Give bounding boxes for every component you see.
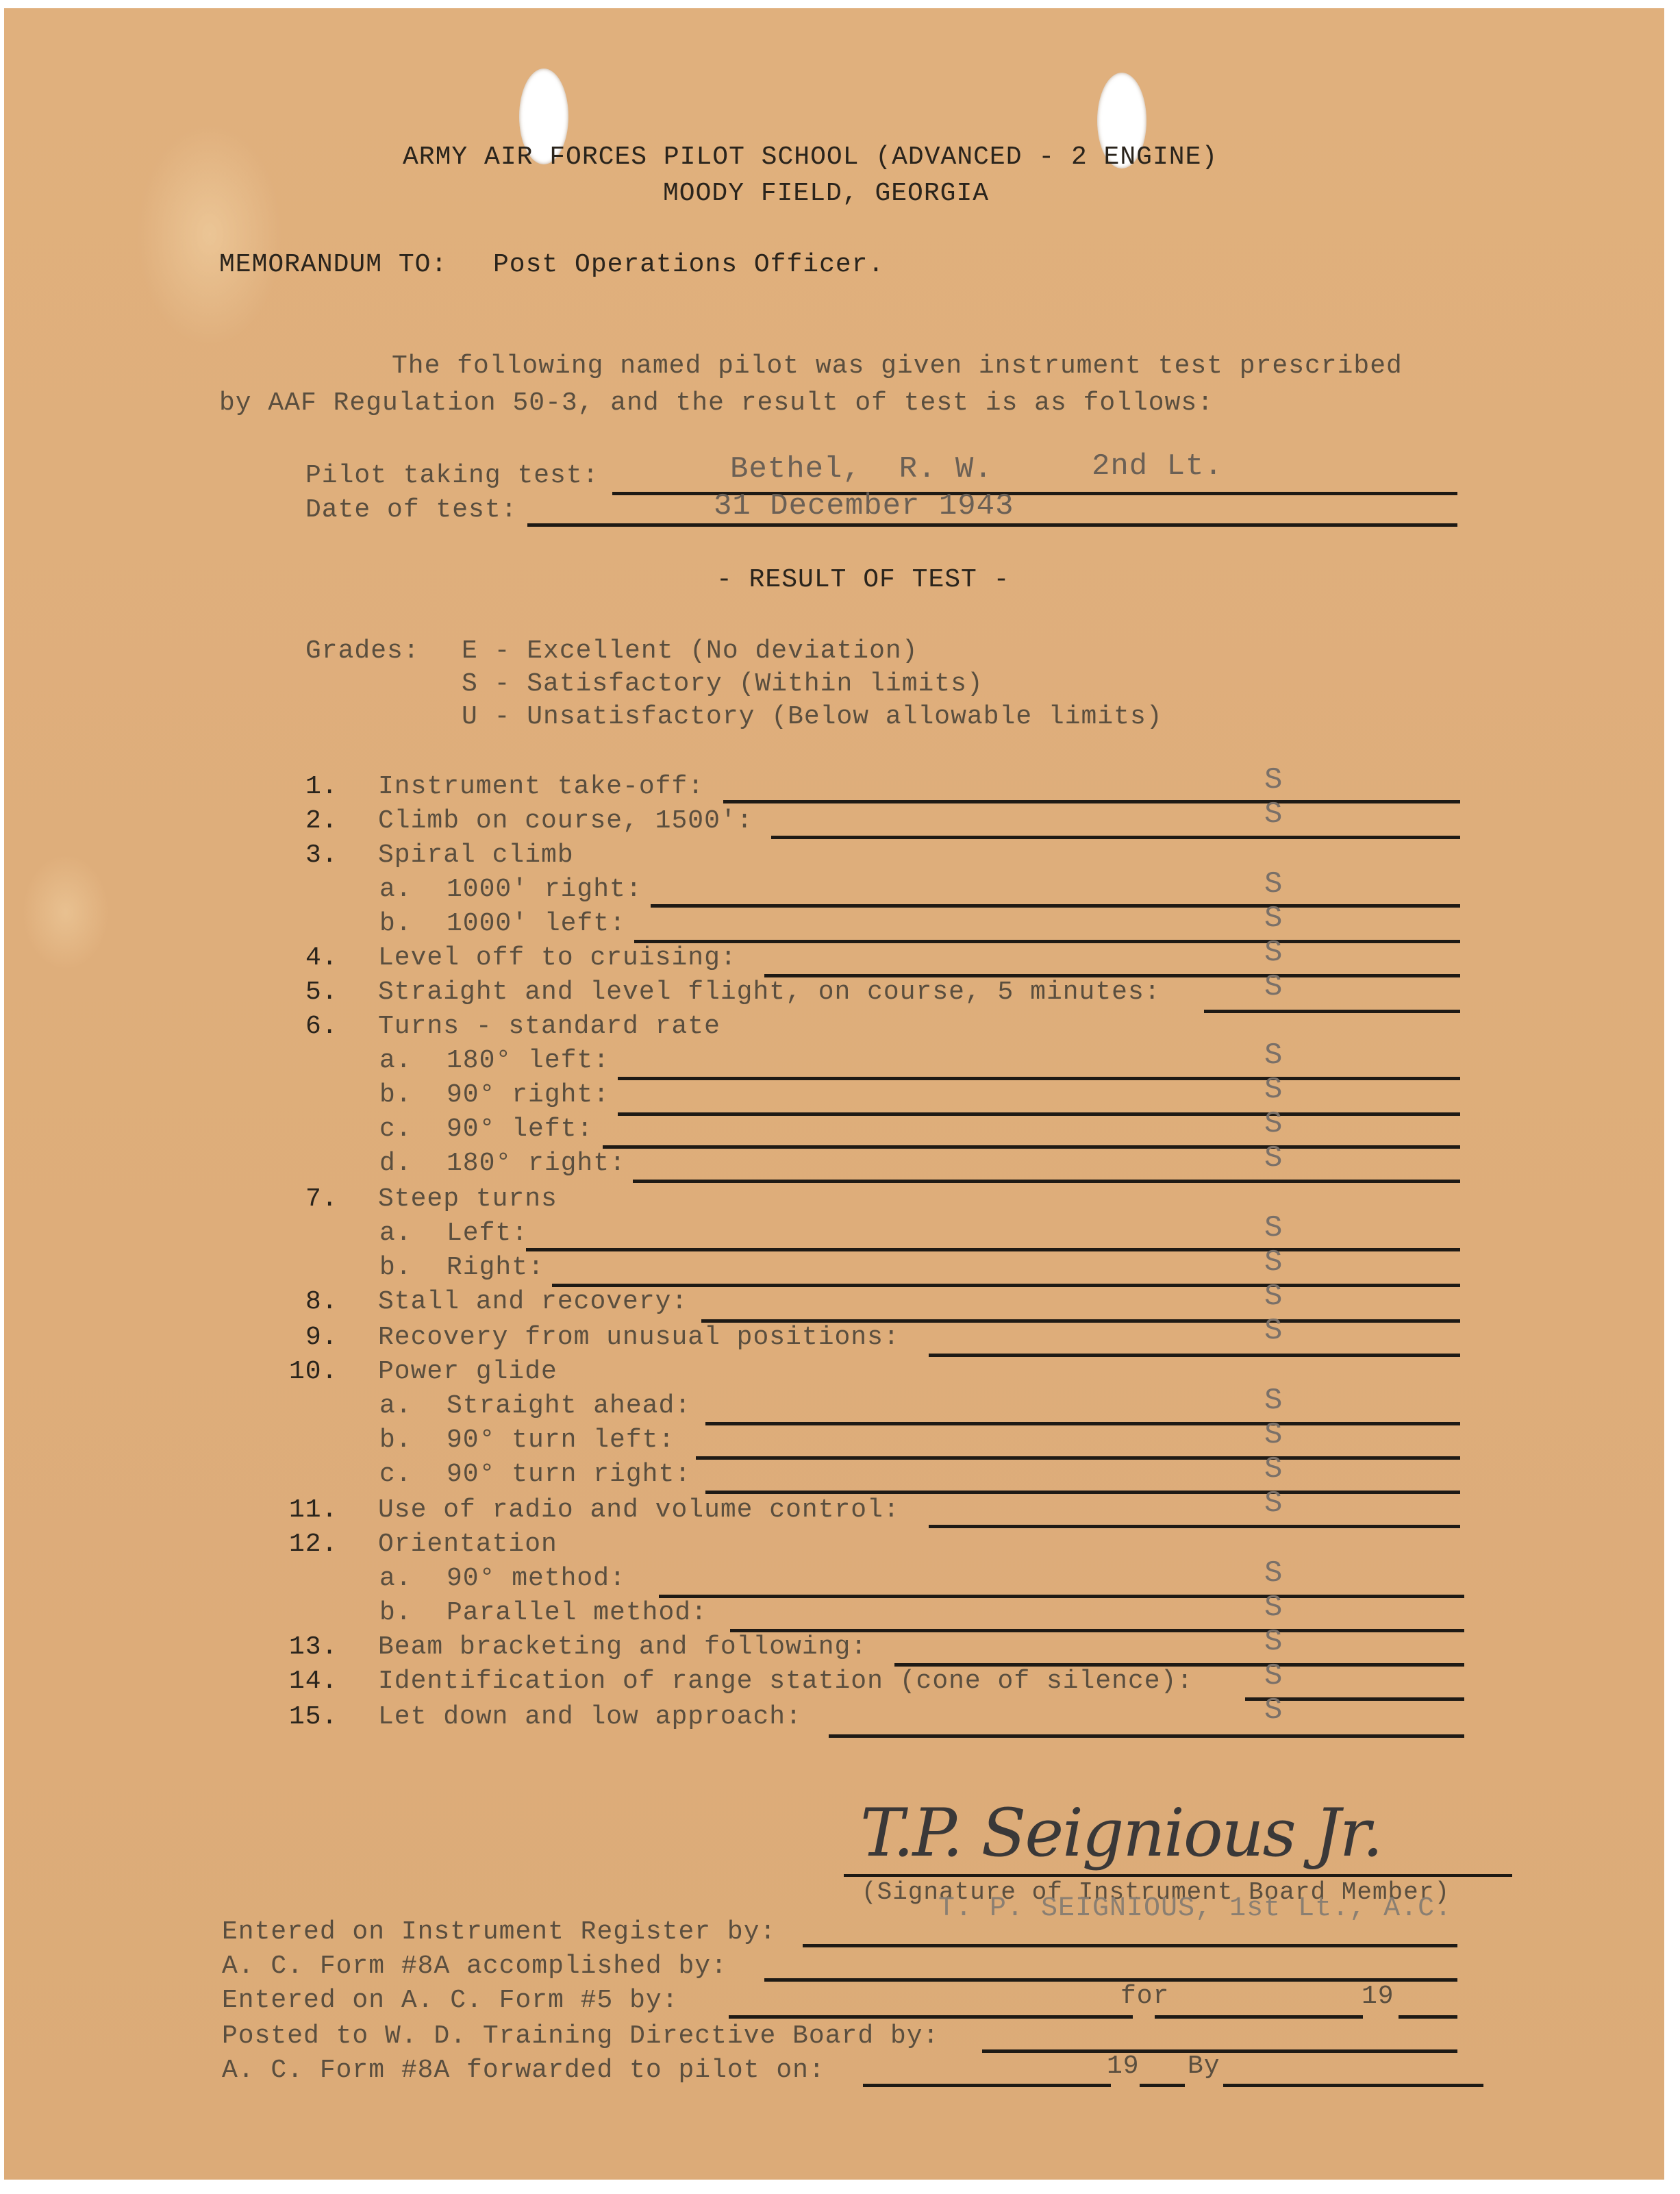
item-label: Steep turns	[378, 1184, 557, 1215]
item-sub-letter: b.	[379, 1252, 412, 1284]
item-label: Identification of range station (cone of…	[378, 1666, 1193, 1697]
item-grade: S	[1264, 1385, 1282, 1417]
memo-recipient: Post Operations Officer.	[493, 249, 884, 281]
item-grade: S	[1264, 1660, 1282, 1692]
item-grade: S	[1264, 1143, 1282, 1174]
footer-form5-for: for	[1120, 1981, 1169, 2012]
item-number: 12.	[289, 1529, 338, 1560]
item-label: Orientation	[378, 1529, 557, 1560]
date-label: Date of test:	[305, 495, 517, 526]
footer-register-label: Entered on Instrument Register by:	[222, 1917, 776, 1948]
school-location: MOODY FIELD, GEORGIA	[663, 178, 989, 210]
item-label: 90° right:	[447, 1080, 610, 1111]
footer-forwarded-year: 19	[1107, 2051, 1140, 2082]
item-underline	[526, 1248, 1460, 1251]
item-sub-letter: a.	[379, 1045, 412, 1077]
item-label: Stall and recovery:	[378, 1286, 688, 1318]
item-label: Let down and low approach:	[378, 1701, 802, 1733]
item-number: 7.	[305, 1184, 338, 1215]
footer-form5-line	[729, 2015, 1133, 2019]
item-label: Straight ahead:	[447, 1391, 691, 1422]
footer-forwarded-line	[863, 2084, 1111, 2087]
item-label: 90° turn left:	[447, 1425, 675, 1456]
pilot-label: Pilot taking test:	[305, 460, 599, 492]
item-label: 180° right:	[447, 1148, 626, 1180]
item-number: 14.	[289, 1666, 338, 1697]
grade-legend-u: U - Unsatisfactory (Below allowable limi…	[462, 701, 1163, 733]
footer-form5-year-line	[1399, 2015, 1457, 2019]
item-underline	[603, 1145, 1460, 1149]
pilot-rank: 2nd Lt.	[1092, 451, 1223, 482]
item-sub-letter: c.	[379, 1459, 412, 1491]
item-grade: S	[1264, 1488, 1282, 1519]
item-number: 4.	[305, 943, 338, 974]
item-underline	[633, 1180, 1460, 1183]
item-grade: S	[1264, 1212, 1282, 1244]
item-grade: S	[1264, 937, 1282, 969]
grades-label: Grades:	[305, 636, 420, 667]
item-underline	[929, 1354, 1460, 1357]
footer-forwarded-by-line	[1223, 2084, 1483, 2087]
item-label: 1000' right:	[447, 874, 642, 906]
date-value: 31 December 1943	[714, 490, 1014, 522]
item-underline	[659, 1595, 1464, 1598]
item-label: 180° left:	[447, 1045, 610, 1077]
item-number: 6.	[305, 1011, 338, 1043]
item-grade: S	[1264, 1558, 1282, 1589]
item-sub-letter: b.	[379, 1080, 412, 1111]
footer-register-line	[803, 1944, 1457, 1947]
item-label: 90° method:	[447, 1563, 626, 1595]
item-label: Straight and level flight, on course, 5 …	[378, 977, 1161, 1008]
item-underline	[829, 1734, 1464, 1738]
item-grade: S	[1264, 1281, 1282, 1312]
footer-forwarded-by: By	[1188, 2051, 1220, 2082]
item-underline	[705, 1491, 1460, 1494]
item-number: 15.	[289, 1701, 338, 1733]
signer-typed-name: T. P. SEIGNIOUS, 1st Lt., A.C.	[938, 1893, 1452, 1925]
result-title: - RESULT OF TEST -	[716, 564, 1010, 596]
item-label: Level off to cruising:	[378, 943, 737, 974]
footer-form5-year: 19	[1362, 1981, 1394, 2012]
item-number: 3.	[305, 840, 338, 871]
item-sub-letter: a.	[379, 1391, 412, 1422]
item-label: Beam bracketing and following:	[378, 1632, 867, 1663]
item-number: 2.	[305, 806, 338, 837]
item-grade: S	[1264, 1419, 1282, 1451]
document-page: ARMY AIR FORCES PILOT SCHOOL (ADVANCED -…	[4, 8, 1664, 2180]
footer-form8a-accomplished-line	[764, 1978, 1457, 1982]
item-label: Instrument take-off:	[378, 771, 704, 803]
item-sub-letter: b.	[379, 908, 412, 940]
item-grade: S	[1264, 1108, 1282, 1140]
item-number: 9.	[305, 1322, 338, 1354]
item-number: 10.	[289, 1356, 338, 1388]
item-underline	[651, 904, 1460, 908]
item-number: 1.	[305, 771, 338, 803]
item-underline	[771, 836, 1460, 839]
footer-forwarded-label: A. C. Form #8A forwarded to pilot on:	[222, 2055, 825, 2086]
item-label: Turns - standard rate	[378, 1011, 720, 1043]
item-grade: S	[1264, 1454, 1282, 1485]
footer-form5-label: Entered on A. C. Form #5 by:	[222, 1985, 679, 2017]
item-underline	[929, 1525, 1460, 1528]
item-sub-letter: b.	[379, 1425, 412, 1456]
item-number: 11.	[289, 1495, 338, 1526]
item-underline	[723, 800, 1460, 803]
handwritten-signature: T.P. Seignious Jr.	[860, 1795, 1382, 1871]
item-underline	[618, 1077, 1460, 1080]
item-grade: S	[1264, 1315, 1282, 1347]
item-grade: S	[1264, 764, 1282, 796]
item-number: 5.	[305, 977, 338, 1008]
item-underline	[705, 1422, 1460, 1425]
item-grade: S	[1264, 1592, 1282, 1623]
item-label: Recovery from unusual positions:	[378, 1322, 900, 1354]
item-grade: S	[1264, 971, 1282, 1003]
item-sub-letter: a.	[379, 1563, 412, 1595]
item-sub-letter: a.	[379, 1218, 412, 1249]
item-grade: S	[1264, 903, 1282, 934]
item-sub-letter: b.	[379, 1597, 412, 1629]
item-label: Left:	[447, 1218, 528, 1249]
item-label: Climb on course, 1500':	[378, 806, 753, 837]
intro-line-1: The following named pilot was given inst…	[392, 351, 1403, 382]
item-label: Power glide	[378, 1356, 557, 1388]
item-label: 90° turn right:	[447, 1459, 691, 1491]
pilot-name: Bethel, R. W.	[730, 453, 993, 485]
item-label: Use of radio and volume control:	[378, 1495, 900, 1526]
item-underline	[618, 1112, 1460, 1116]
item-grade: S	[1264, 799, 1282, 830]
intro-line-2: by AAF Regulation 50-3, and the result o…	[219, 388, 1214, 419]
grade-legend-s: S - Satisfactory (Within limits)	[462, 669, 983, 700]
item-label: 90° left:	[447, 1114, 593, 1145]
item-grade: S	[1264, 1695, 1282, 1726]
item-label: Spiral climb	[378, 840, 574, 871]
item-underline	[552, 1284, 1460, 1287]
item-number: 13.	[289, 1632, 338, 1663]
footer-wd-board-label: Posted to W. D. Training Directive Board…	[222, 2021, 939, 2052]
school-title: ARMY AIR FORCES PILOT SCHOOL (ADVANCED -…	[403, 142, 1218, 173]
item-grade: S	[1264, 1247, 1282, 1278]
item-sub-letter: c.	[379, 1114, 412, 1145]
footer-form8a-accomplished-label: A. C. Form #8A accomplished by:	[222, 1951, 727, 1982]
item-grade: S	[1264, 869, 1282, 900]
item-underline	[1204, 1010, 1460, 1013]
memo-to-label: MEMORANDUM TO:	[219, 249, 447, 281]
grade-legend-e: E - Excellent (No deviation)	[462, 636, 918, 667]
item-sub-letter: a.	[379, 874, 412, 906]
footer-form5-for-line	[1155, 2015, 1363, 2019]
item-label: Parallel method:	[447, 1597, 707, 1629]
item-grade: S	[1264, 1626, 1282, 1658]
item-grade: S	[1264, 1040, 1282, 1071]
item-label: 1000' left:	[447, 908, 626, 940]
item-underline	[696, 1456, 1460, 1460]
date-underline	[527, 523, 1457, 527]
footer-forwarded-year-line	[1140, 2084, 1185, 2087]
item-label: Right:	[447, 1252, 544, 1284]
item-underline	[634, 940, 1460, 943]
item-grade: S	[1264, 1074, 1282, 1106]
item-sub-letter: d.	[379, 1148, 412, 1180]
item-number: 8.	[305, 1286, 338, 1318]
